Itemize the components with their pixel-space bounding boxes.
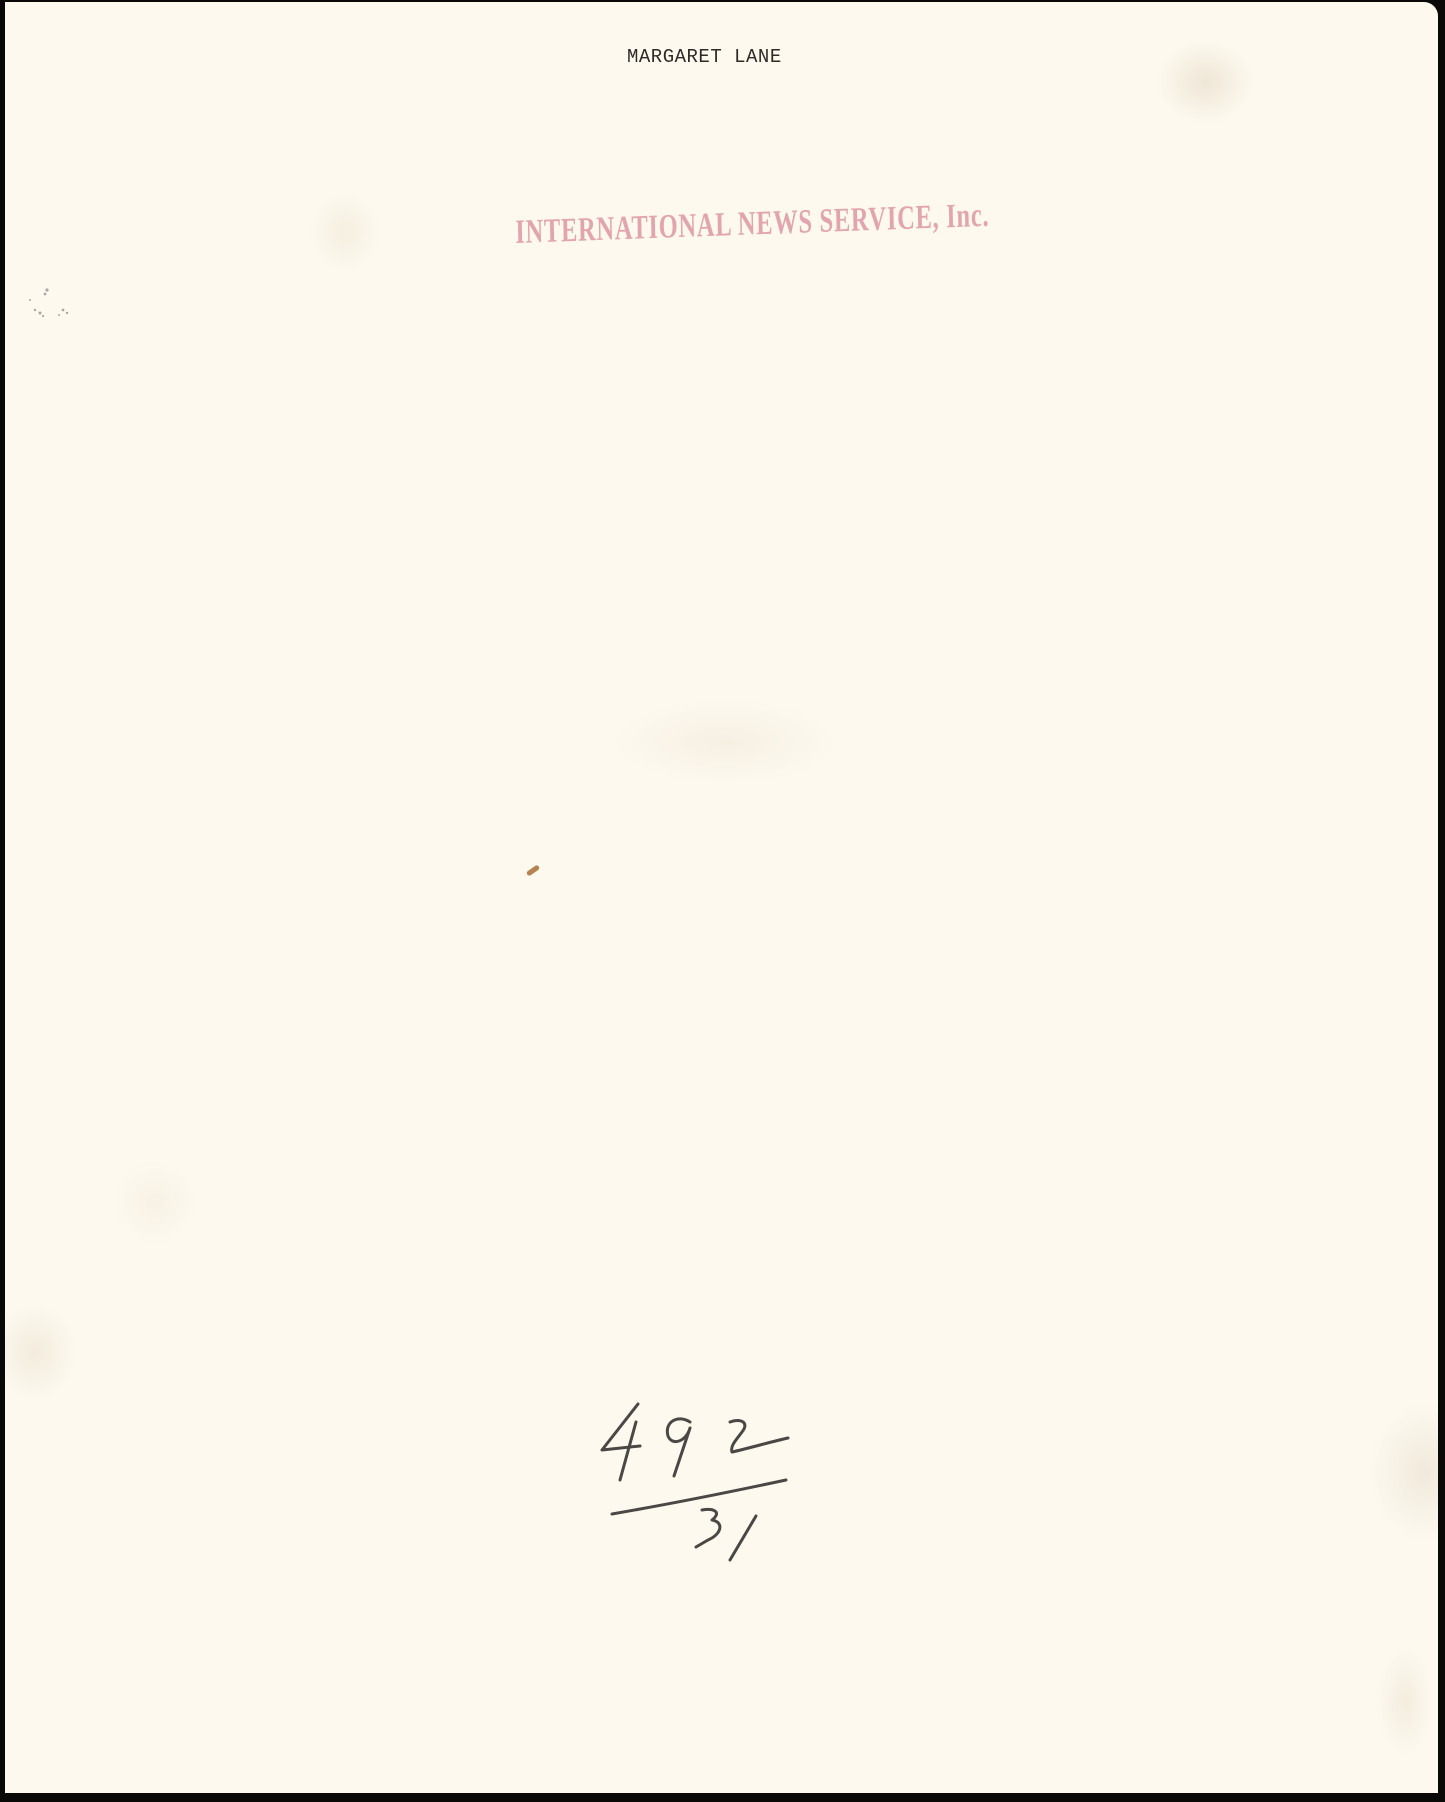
photo-back-paper: MARGARET LANE INTERNATIONAL NEWS SERVICE… [5, 2, 1438, 1793]
pencil-note-graphic [590, 1392, 800, 1562]
edge-smudge-marks [15, 280, 75, 325]
agency-stamp: INTERNATIONAL NEWS SERVICE, Inc. [515, 197, 990, 252]
handwritten-fraction [590, 1392, 800, 1562]
ink-speck [526, 864, 540, 876]
typed-name-label: MARGARET LANE [627, 46, 782, 68]
